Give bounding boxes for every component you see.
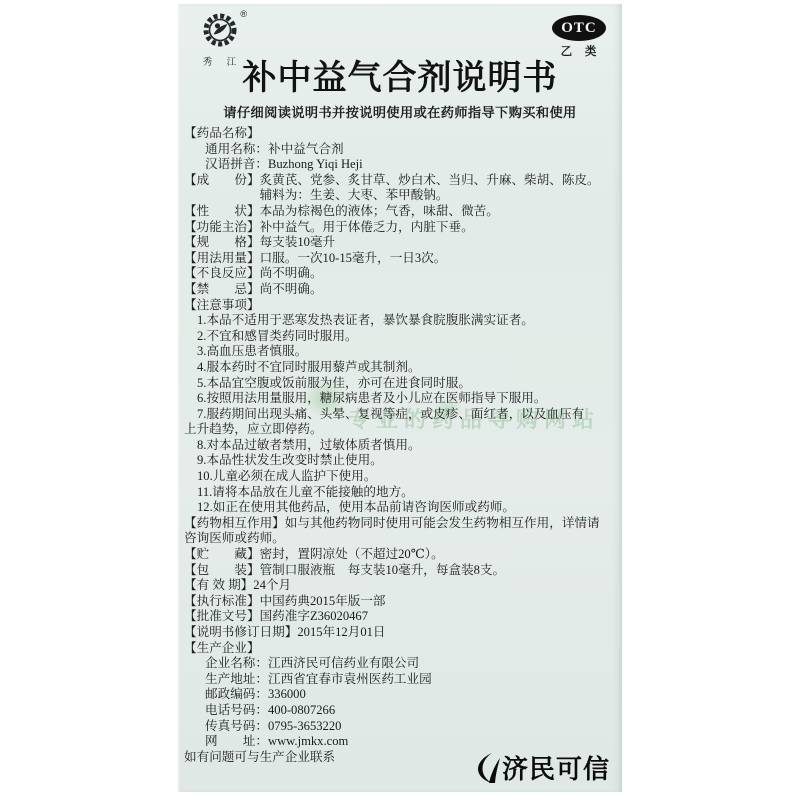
- field-row: 邮政编码：336000: [184, 687, 612, 703]
- notice-item: 7.服药期间出现头痛、头晕、复视等症，或皮疹、面红者，以及血压有: [184, 407, 612, 423]
- field-row: 【批准文号】国药准字Z36020467: [184, 609, 612, 625]
- field-label: 通用名称：: [205, 142, 268, 158]
- field-row: 生产地址：江西省宜春市袁州医药工业园: [184, 672, 612, 688]
- field-row: 【规 格】每支装10毫升: [184, 235, 612, 251]
- field-label: 生产地址：: [205, 672, 268, 688]
- field-value: 每支装10毫升: [260, 235, 612, 251]
- field-row: 网 址：www.jmkx.com: [184, 734, 612, 750]
- field-label: 【有 效 期】: [184, 578, 253, 594]
- field-row: 【说明书修订日期】2015年12月01日: [184, 625, 612, 641]
- field-row: 电话号码：400-0807266: [184, 703, 612, 719]
- field-value: 国药准字Z36020467: [260, 609, 612, 625]
- field-row: 企业名称：江西济民可信药业有限公司: [184, 656, 612, 672]
- field-value: 24个月: [253, 578, 612, 594]
- field-row: 【禁 忌】尚不明确。: [184, 282, 612, 298]
- field-row: 【不良反应】尚不明确。: [184, 266, 612, 282]
- leaflet-body: 【药品名称】通用名称：补中益气合剂汉语拼音：Buzhong Yiqi Heji【…: [178, 121, 622, 765]
- field-value: 口服。一次10-15毫升，一日3次。: [260, 251, 612, 267]
- field-value: 336000: [268, 687, 612, 703]
- paragraph: 上升趋势，应立即停药。: [184, 422, 612, 438]
- field-row: 【功能主治】补中益气。用于体倦乏力，内脏下垂。: [184, 220, 612, 236]
- field-value: 江西济民可信药业有限公司: [268, 656, 612, 672]
- field-value: 炙黄芪、党参、炙甘草、炒白术、当归、升麻、柴胡、陈皮。辅料为：生姜、大枣、苯甲酸…: [260, 173, 612, 204]
- gear-emblem-icon: [202, 12, 238, 48]
- field-label: 【不良反应】: [184, 266, 260, 282]
- field-value: 0795-3653220: [268, 719, 612, 735]
- field-value: 中国药典2015年版一部: [260, 594, 612, 610]
- field-row: 【执行标准】中国药典2015年版一部: [184, 594, 612, 610]
- field-label: 【包 装】: [184, 563, 260, 579]
- field-row: 通用名称：补中益气合剂: [184, 142, 612, 158]
- field-label: 【性 状】: [184, 204, 260, 220]
- field-value: 2015年12月01日: [297, 625, 612, 641]
- field-value: 密封，置阴凉处（不超过20℃）。: [260, 547, 612, 563]
- field-label: 【批准文号】: [184, 609, 260, 625]
- notice-item: 4.服本药时不宜同时服用藜芦或其制剂。: [184, 360, 612, 376]
- otc-class-label: 乙 类: [552, 43, 606, 59]
- leaflet-paper: ® 秀 江 OTC 乙 类 补中益气合剂说明书 请仔细阅读说明书并按说明使用或在…: [178, 4, 622, 792]
- field-row: 【有 效 期】24个月: [184, 578, 612, 594]
- notice-item: 2.不宜和感冒类药同时服用。: [184, 329, 612, 345]
- field-value: 补中益气合剂: [268, 142, 612, 158]
- paragraph: 【药物相互作用】如与其他药物同时使用可能会发生药物相互作用，详情请咨询医师或药师…: [184, 516, 612, 547]
- notice-item: 8.对本品过敏者禁用，过敏体质者慎用。: [184, 438, 612, 454]
- otc-oval-label: OTC: [552, 15, 606, 41]
- notice-item: 10.儿童必须在成人监护下使用。: [184, 469, 612, 485]
- field-value: 补中益气。用于体倦乏力，内脏下垂。: [260, 220, 612, 236]
- notice-item: 6.按照用法用量服用，糖尿病患者及小儿应在医师指导下服用。: [184, 391, 612, 407]
- notice-item: 9.本品性状发生改变时禁止使用。: [184, 453, 612, 469]
- field-value: 管制口服液瓶 每支装10毫升，每盒装8支。: [260, 563, 612, 579]
- notice-item: 3.高血压患者慎服。: [184, 344, 612, 360]
- brand-name: 秀 江: [188, 54, 252, 68]
- notice-item: 11.请将本品放在儿童不能接触的地方。: [184, 485, 612, 501]
- section-heading: 【注意事项】: [184, 298, 612, 314]
- field-label: 【执行标准】: [184, 594, 260, 610]
- field-label: 【成 份】: [184, 173, 260, 204]
- field-row: 【用法用量】口服。一次10-15毫升，一日3次。: [184, 251, 612, 267]
- field-label: 【用法用量】: [184, 251, 260, 267]
- field-row: 【贮 藏】密封，置阴凉处（不超过20℃）。: [184, 547, 612, 563]
- field-label: 【说明书修订日期】: [184, 625, 297, 641]
- field-label: 【功能主治】: [184, 220, 260, 236]
- field-label: 【贮 藏】: [184, 547, 260, 563]
- field-row: 汉语拼音：Buzhong Yiqi Heji: [184, 157, 612, 173]
- brand-logo: ® 秀 江: [188, 12, 252, 68]
- field-row: 【包 装】管制口服液瓶 每支装10毫升，每盒装8支。: [184, 563, 612, 579]
- field-value: Buzhong Yiqi Heji: [268, 157, 612, 173]
- field-value: 400-0807266: [268, 703, 612, 719]
- field-value: 尚不明确。: [260, 266, 612, 282]
- section-heading: 【生产企业】: [184, 641, 612, 657]
- field-label: 网 址：: [205, 734, 268, 750]
- manufacturer-logo: 济民可信: [476, 749, 610, 786]
- field-label: 【规 格】: [184, 235, 260, 251]
- field-label: 传真号码：: [205, 719, 268, 735]
- field-row: 传真号码：0795-3653220: [184, 719, 612, 735]
- crescent-swoosh-icon: [476, 753, 500, 783]
- notice-item: 5.本品宜空腹或饭前服为佳，亦可在进食同时服。: [184, 376, 612, 392]
- field-value: 尚不明确。: [260, 282, 612, 298]
- otc-badge: OTC 乙 类: [552, 15, 606, 59]
- manufacturer-logo-text: 济民可信: [502, 749, 610, 786]
- field-row: 【性 状】本品为棕褐色的液体；气香，味甜、微苦。: [184, 204, 612, 220]
- leaflet-subtitle: 请仔细阅读说明书并按说明使用或在药师指导下购买和使用: [178, 102, 622, 121]
- field-label: 汉语拼音：: [205, 157, 268, 173]
- field-value: www.jmkx.com: [268, 734, 612, 750]
- registered-mark: ®: [240, 9, 247, 19]
- field-row: 【成 份】炙黄芪、党参、炙甘草、炒白术、当归、升麻、柴胡、陈皮。辅料为：生姜、大…: [184, 173, 612, 204]
- notice-item: 12.如正在使用其他药品，使用本品前请咨询医师或药师。: [184, 500, 612, 516]
- notice-item: 1.本品不适用于恶寒发热表证者，暴饮暴食脘腹胀满实证者。: [184, 313, 612, 329]
- field-label: 邮政编码：: [205, 687, 268, 703]
- field-label: 【禁 忌】: [184, 282, 260, 298]
- field-label: 企业名称：: [205, 656, 268, 672]
- field-value: 本品为棕褐色的液体；气香，味甜、微苦。: [260, 204, 612, 220]
- field-label: 电话号码：: [205, 703, 268, 719]
- section-heading: 【药品名称】: [184, 126, 612, 142]
- field-value: 江西省宜春市袁州医药工业园: [268, 672, 612, 688]
